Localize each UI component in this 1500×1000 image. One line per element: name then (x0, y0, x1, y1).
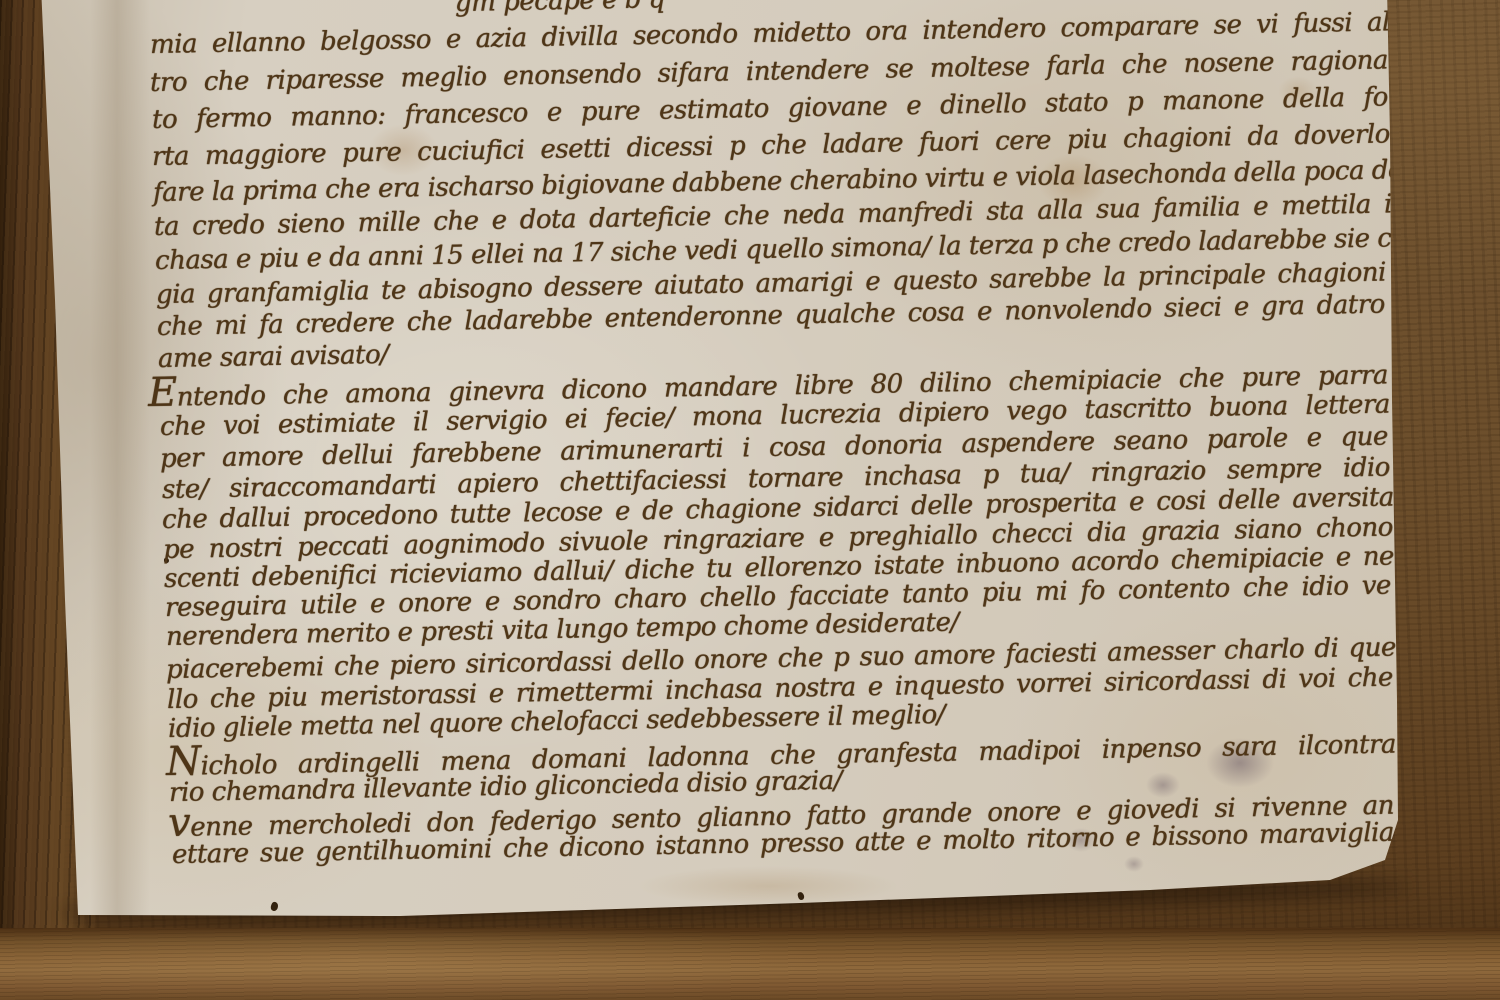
ink-speck (270, 901, 280, 912)
manuscript-paper: gm pecape e b qmia ellanno belgosso e az… (38, 0, 1410, 922)
photo-scene: gm pecape e b qmia ellanno belgosso e az… (0, 0, 1500, 1000)
paper-stain (1124, 856, 1144, 872)
manuscript-line: gm pecape e b q (455, 0, 706, 18)
manuscript-line: ame sarai avisato/ (158, 339, 458, 374)
paper-crease (90, 0, 150, 922)
paper-stain (638, 866, 898, 906)
table-front-edge (0, 928, 1500, 1000)
